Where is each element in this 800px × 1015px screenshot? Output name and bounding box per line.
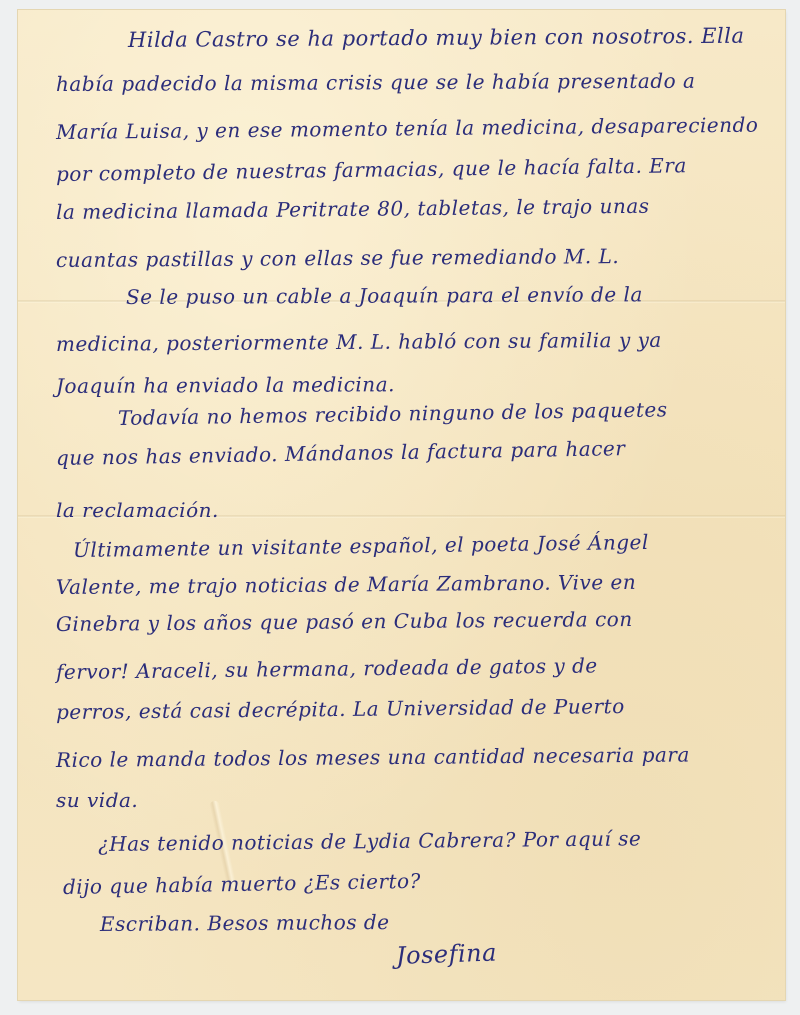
letter-line: medicina, posteriormente M. L. habló con… [56,328,662,356]
letter-line: Rico le manda todos los meses una cantid… [56,742,690,772]
letter-line: Escriban. Besos muchos de [100,910,390,936]
letter-line: por completo de nuestras farmacias, que … [56,153,687,186]
letter-line: ¿Has tenido noticias de Lydia Cabrera? P… [98,826,642,856]
letter-line: Últimamente un visitante español, el poe… [73,530,649,562]
letter-line: fervor! Araceli, su hermana, rodeada de … [56,653,598,684]
signature: Josefina [396,938,498,970]
letter-line: Se le puso un cable a Joaquín para el en… [126,282,643,309]
letter-line: la medicina llamada Peritrate 80, tablet… [56,194,650,224]
letter-line: cuantas pastillas y con ellas se fue rem… [56,244,619,272]
letter-line: había padecido la misma crisis que se le… [56,69,696,96]
letter-line: Joaquín ha enviado la medicina. [56,372,395,398]
letter-line: dijo que había muerto ¿Es cierto? [63,869,421,899]
letter-line: María Luisa, y en ese momento tenía la m… [56,113,759,144]
letter-line: Ginebra y los años que pasó en Cuba los … [56,607,633,636]
letter-line: Valente, me trajo noticias de María Zamb… [56,570,636,599]
letter-line: la reclamación. [56,498,219,522]
letter-line: perros, está casi decrépita. La Universi… [56,694,625,724]
letter-line: Todavía no hemos recibido ninguno de los… [118,397,668,430]
letter-line: Hilda Castro se ha portado muy bien con … [128,24,745,52]
letter-line: su vida. [56,788,138,812]
letter-line: que nos has enviado. Mándanos la factura… [56,436,626,470]
letter-paper: Hilda Castro se ha portado muy bien con … [18,10,785,1000]
